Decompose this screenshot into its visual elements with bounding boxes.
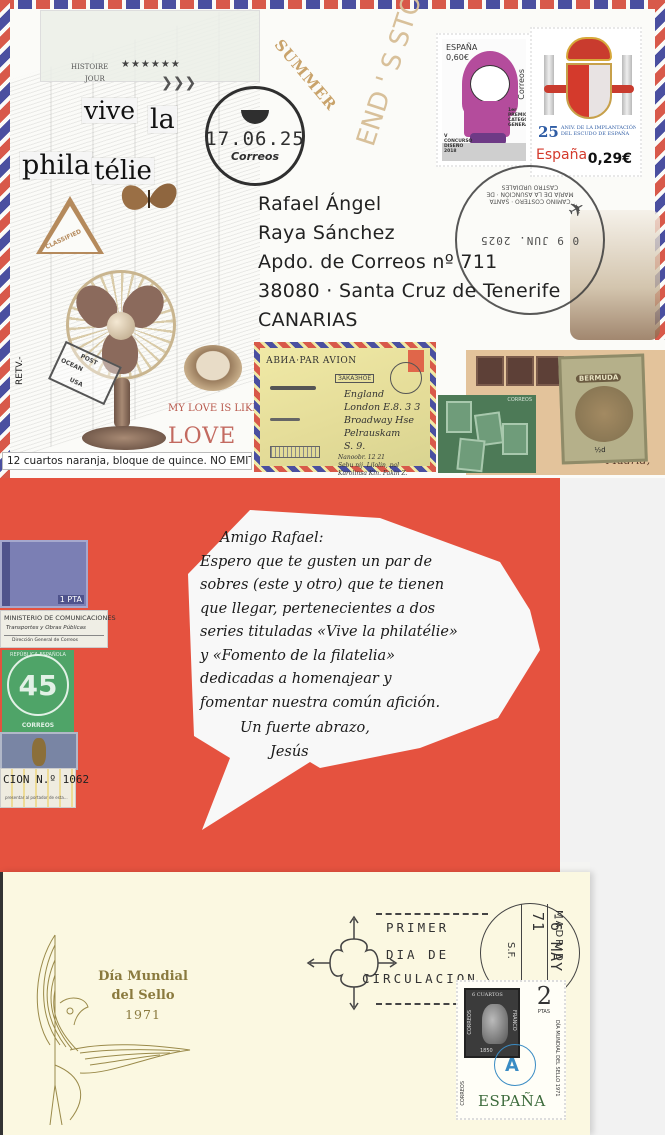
story-text: END ' S STORY: [351, 0, 438, 150]
signature: Jesús: [200, 741, 530, 765]
envelope-vive-la-philatelie: HISTOIRE JOUR ★★★★★★ ❯❯❯ vive la phila t…: [0, 0, 665, 478]
ship-icon: [574, 385, 634, 443]
washi-tape: HISTOIRE JOUR ★★★★★★ ❯❯❯: [40, 10, 260, 82]
airplane-icon: [270, 418, 300, 421]
airplane-icon: [270, 386, 316, 390]
love-text: LOVE: [168, 424, 236, 449]
cutout-word: vive: [82, 98, 137, 123]
recipient-address: Rafael Ángel Raya Sánchez Apdo. de Corre…: [258, 190, 561, 335]
bermuda-stamp: BERMUDA ½d: [558, 354, 648, 465]
stamp-girl-raincoat: ESPAÑA 0,60€ Correos 1er PREMIO CATEGORÍ…: [436, 33, 532, 167]
queen-portrait-icon: [482, 1004, 508, 1044]
blue-stamp-fragment: [0, 732, 78, 770]
butterfly-icon: [118, 178, 180, 218]
soviet-airmail-cover: АВИА·PAR AVION ЗАКАЗНОЕ England London E…: [254, 342, 436, 472]
fdc-title: Día Mundial del Sello 1971: [88, 967, 198, 1024]
teapot-icon: [241, 110, 269, 124]
handwritten-letter: Amigo Rafael: Espero que te gusten un pa…: [200, 527, 530, 764]
ministry-label: MINISTERIO DE COMUNICACIONES Transportes…: [0, 610, 108, 648]
postmark-santa-cruz: 17.06.25 Correos: [205, 86, 305, 186]
girl-face: [470, 65, 510, 103]
stamp-coat-of-arms: 25ANIV. DE LA IMPLANTACIÓN DEL ESCUDO DE…: [530, 27, 642, 177]
brown-stamp: [476, 356, 504, 386]
girl-coat: [464, 101, 510, 137]
airmail-border-left: [0, 0, 10, 478]
cutout-word: la: [148, 106, 177, 133]
cutout-word: phila: [20, 152, 92, 179]
caption-strip: 12 cuartos naranja, bloque de quince. NO…: [2, 452, 252, 470]
dove-logo-icon: [30, 925, 200, 1125]
green-stamps-collage: CORREOS: [438, 395, 536, 473]
green-45-centimos-stamp: REPÚBLICA ESPAÑOLA 45 CORREOS: [2, 650, 74, 732]
star-row-icon: ★★★★★★: [121, 59, 181, 70]
airport-building-icon: [270, 446, 320, 458]
airmail-border-top: [0, 0, 665, 9]
shield-icon: [566, 63, 612, 119]
sundial-illustration: [184, 345, 242, 391]
ticket-fragment: CION N.º 1062 presentar al portador de e…: [0, 768, 76, 808]
chevrons-icon: ❯❯❯: [161, 75, 196, 91]
brown-stamp: [506, 356, 534, 386]
blue-postmark: A: [494, 1044, 536, 1086]
stamp-dia-mundial-del-sello: 6 CUARTOS CORREOS FRANCO 1850 2 PTAS DÍA…: [456, 980, 566, 1120]
crown-icon: [566, 37, 612, 61]
blue-historic-stamp: 1 PTA: [0, 540, 88, 608]
artist-signature: RETV.-: [15, 356, 25, 385]
